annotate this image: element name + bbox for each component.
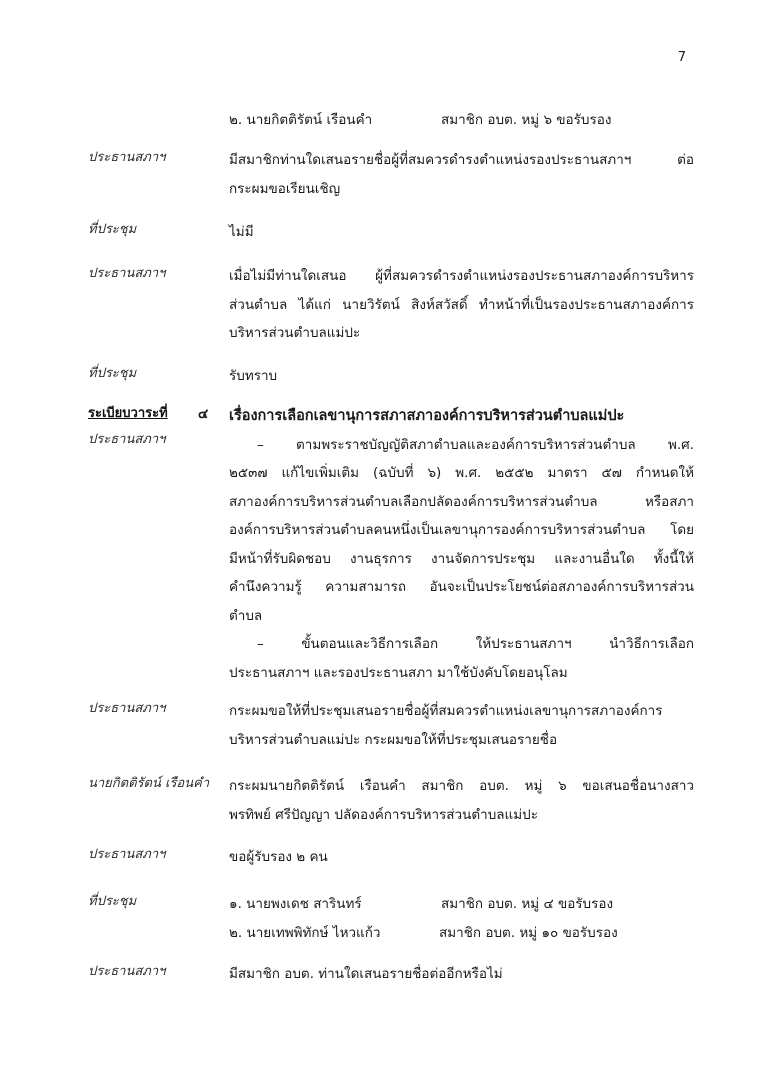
endorser-line: ๒. นายเทพพิทักษ์ ไหวแก้วสมาชิก อบต. หมู่…	[229, 919, 694, 948]
minutes-entry: ที่ประชุม รับทราบ	[88, 362, 694, 391]
endorser-name: ๒. นายกิตติรัตน์ เรือนคำ	[229, 106, 441, 135]
text-line: มีหน้าที่รับผิดชอบ งานธุรการ งานจัดการปร…	[229, 545, 694, 574]
text-line: ตำบล	[229, 602, 694, 631]
text-line: รับทราบ	[229, 362, 694, 391]
text-line: บริหารส่วนตำบลแม่ปะ กระผมขอให้ที่ประชุมเ…	[229, 726, 694, 755]
minutes-entry: ประธานสภาฯ มีสมาชิกท่านใดเสนอรายชื่อผู้ท…	[88, 146, 694, 203]
endorser-name: ๑. นายพงเดช สารินทร์	[229, 890, 441, 919]
minutes-entry: ประธานสภาฯ ขอผู้รับรอง ๒ คน	[88, 843, 694, 872]
text-line: มีสมาชิกท่านใดเสนอรายชื่อผู้ที่สมควรดำรง…	[229, 146, 694, 175]
text-line: – ตามพระราชบัญญัติสภาตำบลและองค์การบริหา…	[229, 431, 694, 460]
speaker-label: ประธานสภาฯ	[88, 262, 228, 283]
text-line: ขอผู้รับรอง ๒ คน	[229, 843, 694, 872]
text-line: – ขั้นตอนและวิธีการเลือก ให้ประธานสภาฯ น…	[229, 630, 694, 659]
speaker-label: ประธานสภาฯ	[88, 960, 228, 981]
speaker-label: นายกิตติรัตน์ เรือนคำ	[88, 772, 228, 793]
endorser-line: ๒. นายกิตติรัตน์ เรือนคำสมาชิก อบต. หมู่…	[229, 106, 694, 135]
text-line: เมื่อไม่มีท่านใดเสนอ ผู้ที่สมควรดำรงตำแห…	[229, 262, 694, 291]
speaker-label: ที่ประชุม	[88, 890, 228, 911]
text-line: กระผมนายกิตติรัตน์ เรือนคำ สมาชิก อบต. ห…	[229, 772, 694, 801]
text-line: สภาองค์การบริหารส่วนตำบลเลือกปลัดองค์การ…	[229, 488, 694, 517]
minutes-entry: ประธานสภาฯ กระผมขอให้ที่ประชุมเสนอรายชื่…	[88, 697, 694, 754]
page-number: 7	[678, 50, 686, 65]
endorser-role: สมาชิก อบต. หมู่ ๖ ขอรับรอง	[441, 112, 611, 128]
text-line: กระผมขอให้ที่ประชุมเสนอรายชื่อผู้ที่สมคว…	[229, 697, 694, 726]
text-line: ๒๕๓๗ แก้ไขเพิ่มเติม (ฉบับที่ ๖) พ.ศ. ๒๕๕…	[229, 459, 694, 488]
agenda-number: ๔	[198, 402, 208, 424]
endorser-name: ๒. นายเทพพิทักษ์ ไหวแก้ว	[229, 919, 439, 948]
minutes-entry: ที่ประชุม ไม่มี	[88, 218, 694, 247]
text-line: ไม่มี	[229, 218, 694, 247]
endorser-role: สมาชิก อบต. หมู่ ๑๐ ขอรับรอง	[439, 925, 618, 941]
minutes-entry: ประธานสภาฯ เมื่อไม่มีท่านใดเสนอ ผู้ที่สม…	[88, 262, 694, 348]
speaker-label: ที่ประชุม	[88, 218, 228, 239]
endorser-line: ๑. นายพงเดช สารินทร์สมาชิก อบต. หมู่ ๔ ข…	[229, 890, 694, 919]
speaker-label: ที่ประชุม	[88, 362, 228, 383]
text-line: องค์การบริหารส่วนตำบลคนหนึ่งเป็นเลขานุกา…	[229, 516, 694, 545]
text-line: ประธานสภาฯ และรองประธานสภา มาใช้บังคับโด…	[229, 659, 694, 688]
speaker-label: ประธานสภาฯ	[88, 428, 165, 449]
minutes-entry: นายกิตติรัตน์ เรือนคำ กระผมนายกิตติรัตน์…	[88, 772, 694, 829]
speaker-label: ประธานสภาฯ	[88, 843, 228, 864]
minutes-entry: ที่ประชุม ๑. นายพงเดช สารินทร์สมาชิก อบต…	[88, 890, 694, 947]
text-line: ส่วนตำบล ได้แก่ นายวิรัตน์ สิงห์สวัสดิ์ …	[229, 291, 694, 320]
text-line: บริหารส่วนตำบลแม่ปะ	[229, 319, 694, 348]
minutes-entry: ประธานสภาฯ มีสมาชิก อบต. ท่านใดเสนอรายชื…	[88, 960, 694, 989]
text-line: มีสมาชิก อบต. ท่านใดเสนอรายชื่อต่ออีกหรื…	[229, 960, 694, 989]
endorser-continuation: ๒. นายกิตติรัตน์ เรือนคำสมาชิก อบต. หมู่…	[88, 106, 694, 135]
agenda-title: เรื่องการเลือกเลขานุการสภาสภาองค์การบริห…	[229, 402, 694, 431]
text-line: พรทิพย์ ศรีปัญญา ปลัดองค์การบริหารส่วนตำ…	[229, 801, 694, 830]
speaker-label: ประธานสภาฯ	[88, 146, 228, 167]
endorser-role: สมาชิก อบต. หมู่ ๔ ขอรับรอง	[441, 896, 613, 912]
agenda-item: ระเบียบวาระที่ ๔ ประธานสภาฯ เรื่องการเลื…	[88, 402, 694, 687]
speaker-label: ประธานสภาฯ	[88, 697, 228, 718]
text-line: กระผมขอเรียนเชิญ	[229, 175, 694, 204]
text-line: คำนึงความรู้ ความสามารถ อันจะเป็นประโยชน…	[229, 573, 694, 602]
